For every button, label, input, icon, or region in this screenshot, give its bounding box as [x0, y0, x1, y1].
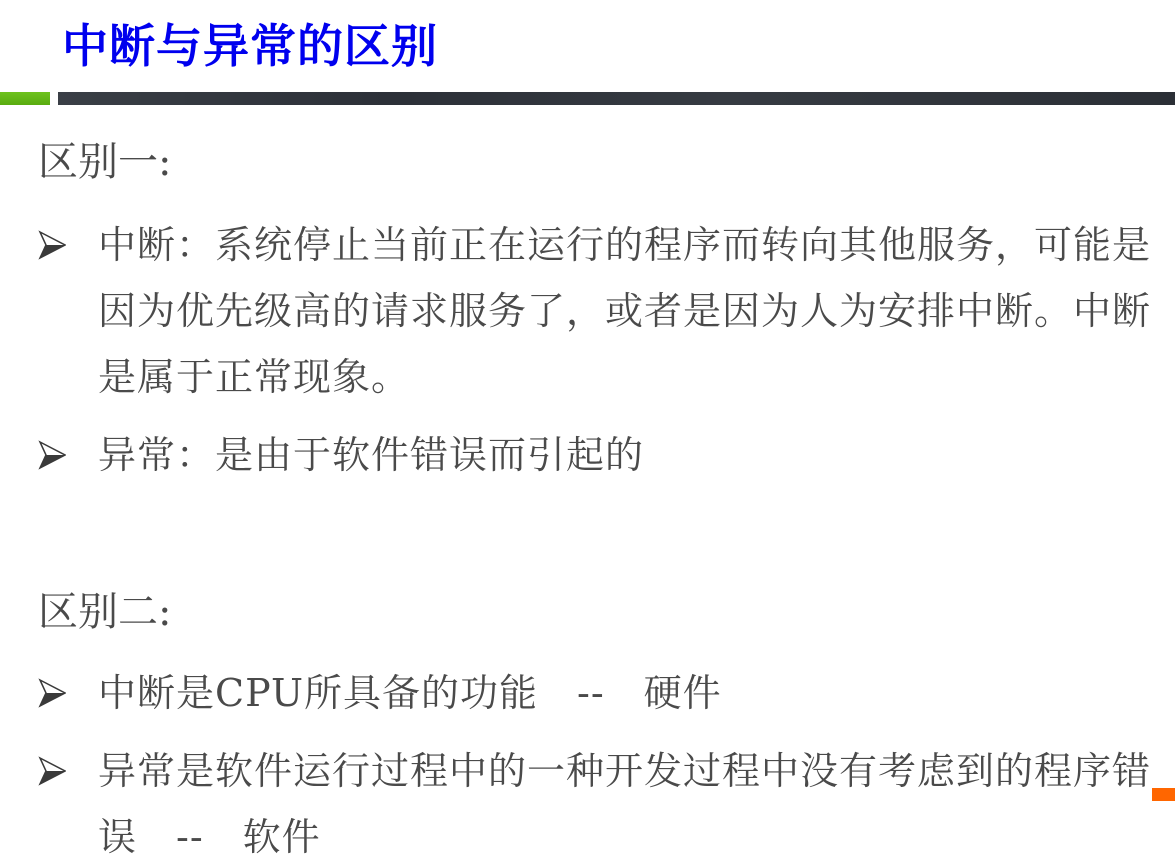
- bullet-text: 中断：系统停止当前正在运行的程序而转向其他服务，可能是因为优先级高的请求服务了，…: [98, 212, 1168, 410]
- bullet-item-exception-definition: 异常：是由于软件错误而引起的: [38, 422, 1168, 488]
- section-heading-difference-one: 区别一:: [38, 134, 171, 190]
- bullet-item-exception-software: 异常是软件运行过程中的一种开发过程中没有考虑到的程序错误 -- 软件: [38, 738, 1168, 866]
- bullet-item-interrupt-hardware: 中断是CPU所具备的功能 -- 硬件: [38, 660, 1168, 726]
- arrowhead-bullet-icon: [38, 738, 98, 804]
- arrowhead-bullet-icon: [38, 422, 98, 488]
- bullet-text: 中断是CPU所具备的功能 -- 硬件: [98, 660, 1168, 726]
- bullet-item-interrupt-definition: 中断：系统停止当前正在运行的程序而转向其他服务，可能是因为优先级高的请求服务了，…: [38, 212, 1168, 410]
- title-underline-dark-bar: [58, 92, 1175, 105]
- orange-corner-marker: [1152, 788, 1175, 801]
- section-heading-difference-two: 区别二:: [38, 584, 171, 640]
- bullet-text: 异常：是由于软件错误而引起的: [98, 422, 1168, 488]
- bullet-text: 异常是软件运行过程中的一种开发过程中没有考虑到的程序错误 -- 软件: [98, 738, 1168, 866]
- arrowhead-bullet-icon: [38, 660, 98, 726]
- slide-title: 中断与异常的区别: [62, 14, 438, 78]
- arrowhead-bullet-icon: [38, 212, 98, 278]
- title-underline-green-accent: [0, 92, 50, 105]
